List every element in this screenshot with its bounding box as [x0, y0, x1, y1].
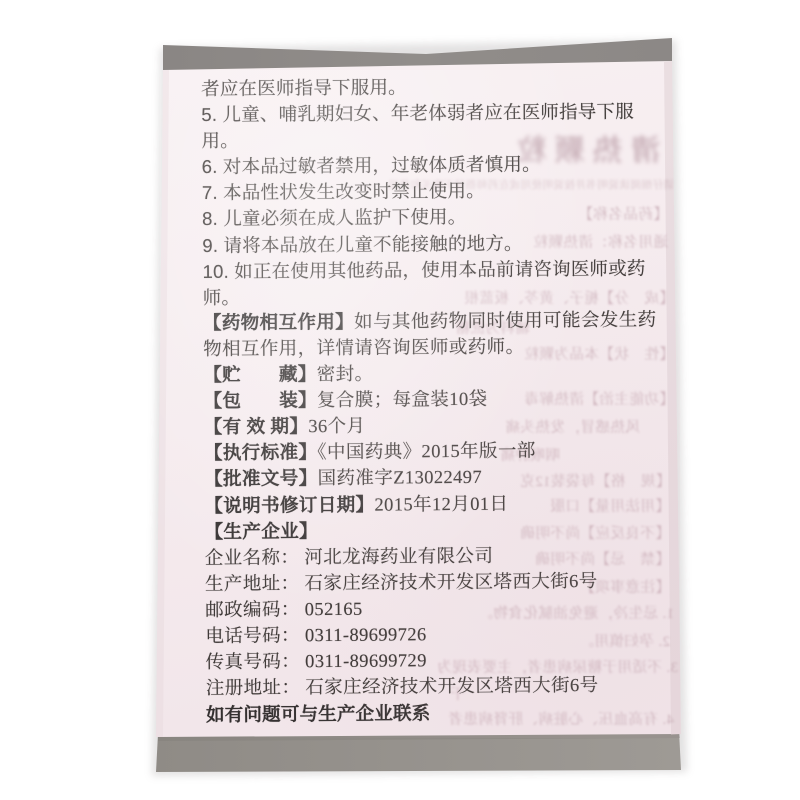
insert-line-precaution-7: 7. 本品性状发生改变时禁止使用。 [202, 177, 654, 207]
insert-line-precaution-5: 5. 儿童、哺乳期妇女、年老体弱者应在医师指导下服 [201, 99, 653, 129]
insert-line-storage: 【贮 藏】密封。 [203, 359, 655, 389]
insert-line-shelf-life: 【有 效 期】36个月 [204, 412, 656, 442]
insert-line-production-address: 生产地址： 石家庄经济技术开发区塔西大街6号 [205, 568, 657, 598]
insert-line-precaution-6: 6. 对本品过敏者禁用，过敏体质者慎用。 [202, 151, 654, 181]
insert-line-precaution-8: 8. 儿童必须在成人监护下使用。 [202, 203, 654, 233]
insert-line-company-name: 企业名称： 河北龙海药业有限公司 [205, 542, 657, 572]
insert-line-contact-note: 如有问题可与生产企业联系 [206, 699, 658, 729]
insert-line-continuation: 师。 [203, 281, 655, 311]
insert-line-precaution-9: 9. 请将本品放在儿童不能接触的地方。 [202, 229, 654, 259]
insert-line-precaution-10: 10. 如正在使用其他药品，使用本品前请咨询医师或药 [202, 255, 654, 285]
insert-line-continuation: 用。 [201, 125, 653, 155]
insert-line-standard: 【执行标准】《中国药典》2015年版一部 [204, 438, 656, 468]
insert-line-registered-address: 注册地址： 石家庄经济技术开发区塔西大街6号 [206, 673, 658, 703]
insert-line-fax-number: 传真号码： 0311-89699729 [206, 646, 658, 676]
insert-line-revision-date: 【说明书修订日期】2015年12月01日 [204, 490, 656, 520]
insert-line-postal-code: 邮政编码： 052165 [205, 594, 657, 624]
insert-text-block: 者应在医师指导下服用。 5. 儿童、哺乳期妇女、年老体弱者应在医师指导下服 用。… [201, 72, 658, 728]
insert-line-continuation: 者应在医师指导下服用。 [201, 72, 653, 102]
leaflet-content-area: 清热颗粒 请仔细阅读说明书并按说明使用或在药师指导下购买和使用 【药品名称】 通… [160, 70, 680, 738]
photo-background: 清热颗粒 请仔细阅读说明书并按说明使用或在药师指导下购买和使用 【药品名称】 通… [0, 0, 800, 800]
insert-line-phone-number: 电话号码： 0311-89699726 [205, 620, 657, 650]
insert-line-continuation: 物相互作用，详情请咨询医师或药师。 [203, 333, 655, 363]
insert-line-manufacturer-header: 【生产企业】 [204, 516, 656, 546]
insert-line-packaging: 【包 装】复合膜；每盒装10袋 [203, 386, 655, 416]
insert-line-approval-number: 【批准文号】国药准字Z13022497 [204, 464, 656, 494]
insert-line-drug-interactions: 【药物相互作用】如与其他药物同时使用可能会发生药 [203, 307, 655, 337]
